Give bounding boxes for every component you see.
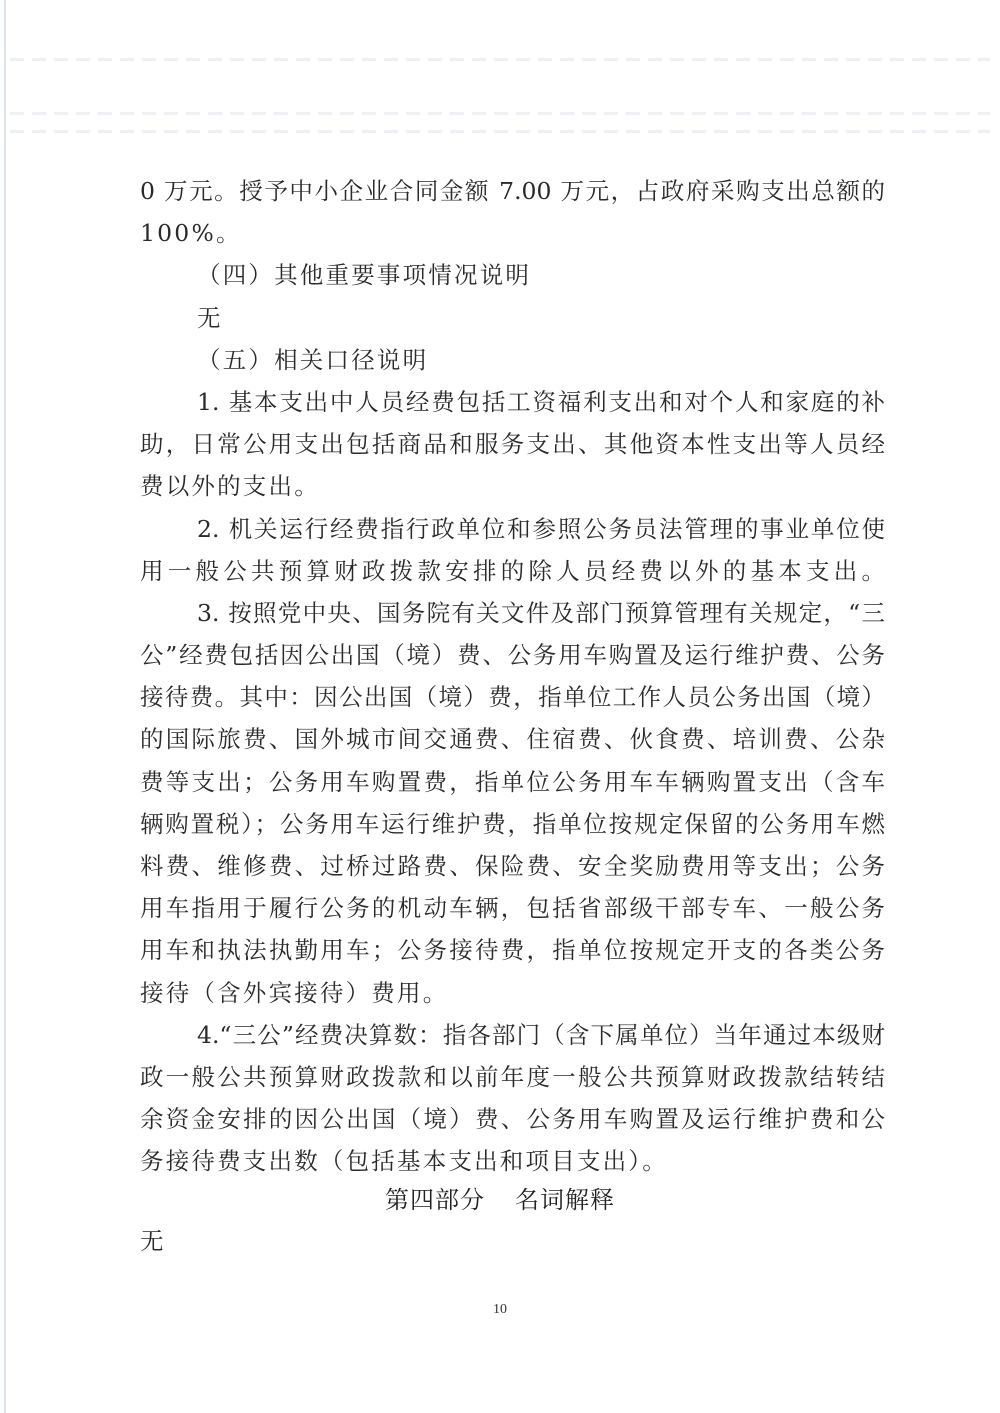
text-line: 4.“三公”经费决算数：指各部门（含下属单位）当年通过本级财 [140,1014,885,1056]
subsection-heading-definitions: （五）相关口径说明 [140,339,885,381]
text-line: 务接待费支出数（包括基本支出和项目支出）。 [140,1140,885,1182]
subsection-heading-other-matters: （四）其他重要事项情况说明 [140,254,885,296]
text-line: 公”经费包括因公出国（境）费、公务用车购置及运行维护费、公务 [140,634,885,676]
text-line: 用一般公共预算财政拨款安排的除人员经费以外的基本支出。 [140,550,885,592]
text-line: 辆购置税）；公务用车运行维护费，指单位按规定保留的公务用车燃 [140,803,885,845]
text-line: 3. 按照党中央、国务院有关文件及部门预算管理有关规定，“三 [140,592,885,634]
page-number: 10 [0,1302,1000,1318]
text-line: 无 [140,297,885,339]
text-line: 100%。 [140,212,885,254]
text-line: 料费、维修费、过桥过路费、保险费、安全奖励费用等支出；公务 [140,845,885,887]
section-title: 名词解释 [515,1186,615,1214]
text-line: 1. 基本支出中人员经费包括工资福利支出和对个人和家庭的补 [140,381,885,423]
bleed-through-artifact [10,112,990,115]
text-line: 用车指用于履行公务的机动车辆，包括省部级干部专车、一般公务 [140,887,885,929]
text-line: 费以外的支出。 [140,465,885,507]
bleed-through-artifact [10,130,990,133]
text-line: 接待（含外宾接待）费用。 [140,972,885,1014]
text-line: 助，日常公用支出包括商品和服务支出、其他资本性支出等人员经 [140,423,885,465]
section-body-text: 无 [140,1220,164,1262]
section-heading: 第四部分名词解释 [0,1179,1000,1221]
text-line: 的国际旅费、国外城市间交通费、住宿费、伙食费、培训费、公杂 [140,718,885,760]
section-part-label: 第四部分 [385,1186,485,1214]
text-line: 0 万元。授予中小企业合同金额 7.00 万元，占政府采购支出总额的 [140,170,885,212]
document-body: 0 万元。授予中小企业合同金额 7.00 万元，占政府采购支出总额的 100%。… [140,170,885,1183]
text-line: 用车和执法执勤用车；公务接待费，指单位按规定开支的各类公务 [140,929,885,971]
text-line: 政一般公共预算财政拨款和以前年度一般公共预算财政拨款结转结 [140,1056,885,1098]
text-line: 费等支出；公务用车购置费，指单位公务用车车辆购置支出（含车 [140,761,885,803]
text-line: 余资金安排的因公出国（境）费、公务用车购置及运行维护费和公 [140,1098,885,1140]
text-line: 接待费。其中：因公出国（境）费，指单位工作人员公务出国（境） [140,676,885,718]
text-line: 2. 机关运行经费指行政单位和参照公务员法管理的事业单位使 [140,508,885,550]
bleed-through-artifact [10,58,990,61]
